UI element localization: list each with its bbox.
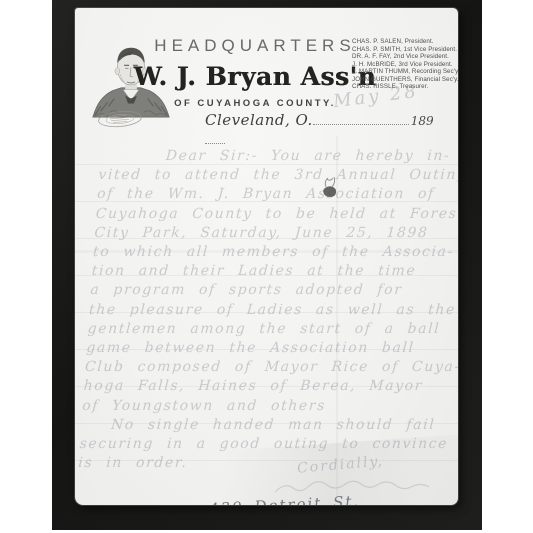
letter-line: gentlemen among the start of a ball (87, 320, 450, 339)
officer-line: DR. A. F. FAY, 2nd Vice President. (352, 53, 458, 61)
letter-line: securing in a good outing to convince (79, 435, 442, 454)
officer-line: J. H. McBRIDE, 3rd Vice President. (352, 61, 458, 69)
dateline: Cleveland, O.189 (205, 110, 455, 148)
officer-line: CHAS. P. SALEN, President. (352, 38, 458, 46)
letter-line: game between the Association ball (86, 339, 449, 358)
date-blank-line (313, 112, 409, 125)
headquarters-heading: HEADQUARTERS (130, 36, 380, 56)
dateline-year-prefix: 189 (409, 114, 436, 128)
letter-line: Club composed of Mayor Rice of Cuya- (84, 358, 447, 377)
letter-paper: HEADQUARTERS W. J. Bryan Ass'n OF CUYAHO… (75, 8, 458, 505)
letter-line: No single handed man should fail (80, 416, 443, 435)
letter-line: is in order. (78, 454, 441, 473)
letter-line: Cuyahoga County to be held at Forest (95, 205, 458, 224)
letter-line: of the Wm. J. Bryan Association of (96, 185, 458, 204)
photo-of-letter: { "photo": { "background_color": "#fffff… (0, 0, 533, 533)
union-stamp-icon (96, 108, 143, 130)
letter-line: the pleasure of Ladies as well as the (88, 301, 451, 320)
letter-line: vited to attend the 3rd Annual Outing (98, 166, 458, 185)
officer-line: CHAS. P. SMITH, 1st Vice President. (352, 46, 458, 54)
letter-line: City Park, Saturday, June 25, 1898 (94, 224, 457, 243)
letter-line: tion and their Ladies at the time (91, 262, 454, 281)
org-name: W. J. Bryan Ass'n (130, 62, 380, 91)
letter-line: of Youngstown and others (82, 397, 445, 416)
black-photo-mat: HEADQUARTERS W. J. Bryan Ass'n OF CUYAHO… (52, 0, 482, 530)
letter-body: Dear Sir:- You are hereby in- vited to a… (78, 147, 458, 473)
letter-line: a program of sports adopted for (90, 281, 453, 300)
ink-blot-icon (318, 174, 340, 200)
officer-line: J. MARTIN THUMM, Recording Sec'y. (352, 68, 458, 76)
dateline-city: Cleveland, O. (205, 111, 313, 129)
letter-line: Dear Sir:- You are hereby in- (99, 147, 458, 166)
letter-line: hoga Falls, Haines of Berea, Mayor (83, 377, 446, 396)
year-blank-line (205, 131, 225, 144)
letter-line: to which all members of the Associa- (92, 243, 455, 262)
